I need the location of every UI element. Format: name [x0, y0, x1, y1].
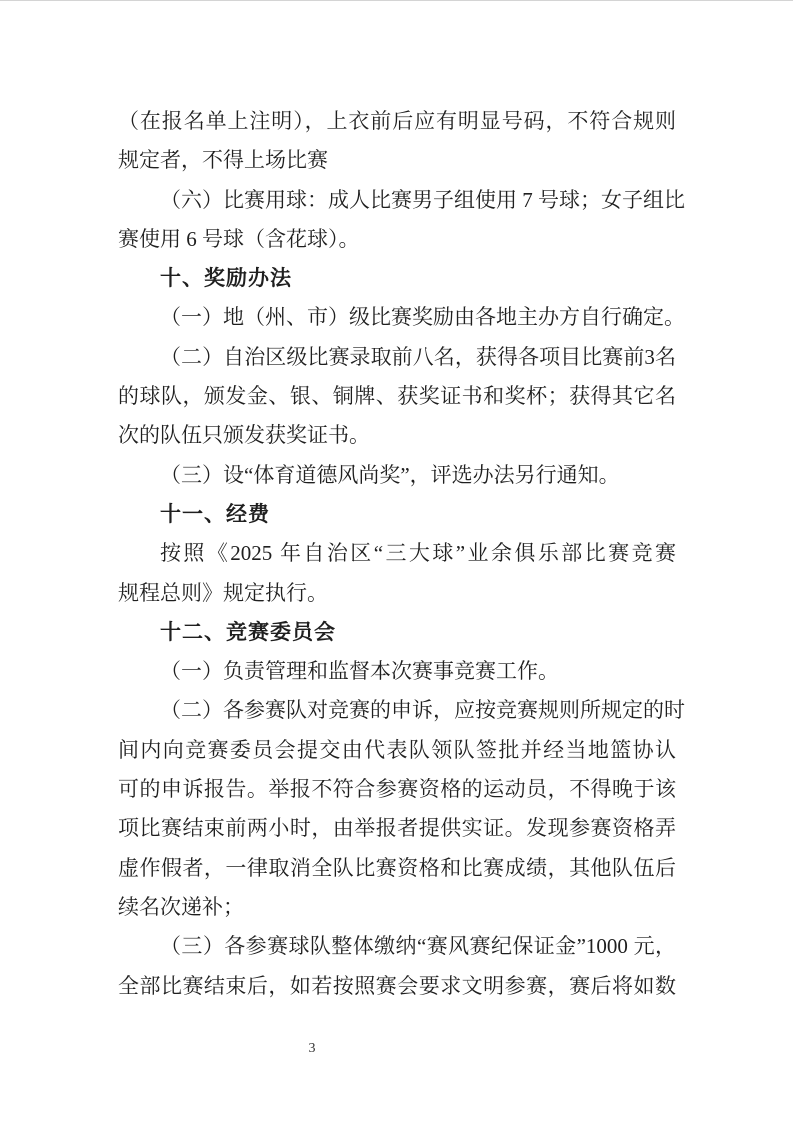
document-page: （在报名单上注明），上衣前后应有明显号码，不符合规则规定者，不得上场比赛（六）比… — [0, 0, 793, 1122]
document-line: 次的队伍只颁发获奖证书。 — [118, 416, 676, 455]
document-line: 赛使用 6 号球（含花球）。 — [118, 220, 676, 259]
document-line: 项比赛结束前两小时，由举报者提供实证。发现参赛资格弄 — [118, 809, 676, 848]
document-line: 的球队，颁发金、银、铜牌、获奖证书和奖杯；获得其它名 — [118, 377, 676, 416]
section-heading: 十、奖励办法 — [118, 259, 676, 298]
text-block: （在报名单上注明），上衣前后应有明显号码，不符合规则规定者，不得上场比赛（六）比… — [118, 102, 676, 1006]
document-line: （一）地（州、市）级比赛奖励由各地主办方自行确定。 — [118, 298, 676, 337]
document-line: 按照《2025 年自治区“三大球”业余俱乐部比赛竞赛 — [118, 534, 676, 573]
section-heading: 十一、经费 — [118, 495, 676, 534]
page-number: 3 — [300, 1040, 324, 1058]
document-line: 规程总则》规定执行。 — [118, 574, 676, 613]
document-line: （三）各参赛球队整体缴纳“赛风赛纪保证金”1000 元， — [118, 927, 676, 966]
document-line: （一）负责管理和监督本次赛事竞赛工作。 — [118, 652, 676, 691]
document-line: 规定者，不得上场比赛 — [118, 141, 676, 180]
document-line: （三）设“体育道德风尚奖”，评选办法另行通知。 — [118, 456, 676, 495]
document-line: 虚作假者，一律取消全队比赛资格和比赛成绩，其他队伍后 — [118, 849, 676, 888]
document-line: 间内向竞赛委员会提交由代表队领队签批并经当地篮协认 — [118, 731, 676, 770]
document-line: （六）比赛用球：成人比赛男子组使用 7 号球；女子组比 — [118, 181, 676, 220]
document-line: 可的申诉报告。举报不符合参赛资格的运动员，不得晚于该 — [118, 770, 676, 809]
document-line: （在报名单上注明），上衣前后应有明显号码，不符合规则 — [118, 102, 676, 141]
document-line: （二）自治区级比赛录取前八名，获得各项目比赛前3名 — [118, 338, 676, 377]
section-heading: 十二、竞赛委员会 — [118, 613, 676, 652]
document-line: 续名次递补； — [118, 888, 676, 927]
document-line: （二）各参赛队对竞赛的申诉，应按竞赛规则所规定的时 — [118, 691, 676, 730]
document-line: 全部比赛结束后，如若按照赛会要求文明参赛，赛后将如数 — [118, 967, 676, 1006]
